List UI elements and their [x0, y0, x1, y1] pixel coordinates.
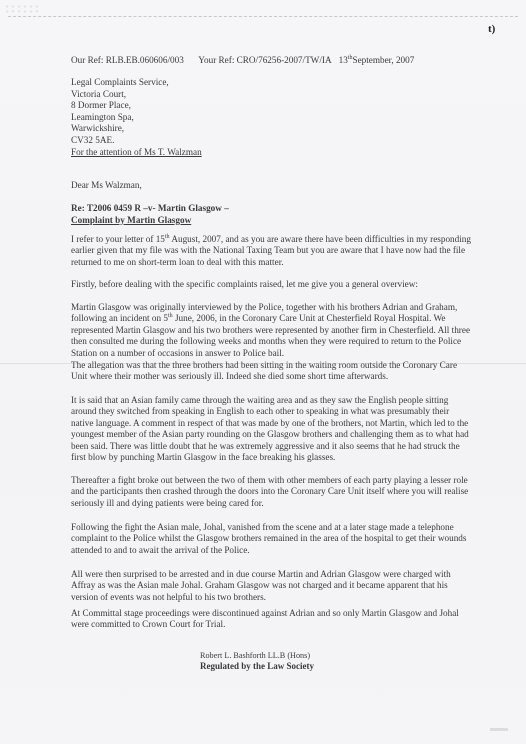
address-line: CV32 5AE.	[71, 135, 202, 147]
body-paragraph: Martin Glasgow was originally interviewe…	[71, 302, 471, 359]
address-line: Victoria Court,	[71, 89, 202, 101]
regulator-line: Regulated by the Law Society	[200, 661, 314, 672]
body-paragraph: It is said that an Asian family came thr…	[71, 395, 471, 463]
scan-artifact	[490, 728, 508, 731]
scan-edge-line	[8, 16, 518, 17]
attention-line: For the attention of Ms T. Walzman	[71, 147, 202, 159]
body-paragraph: I refer to your letter of 15th August, 2…	[71, 234, 471, 268]
address-line: 8 Dormer Place,	[71, 100, 202, 112]
address-line: Warwickshire,	[71, 123, 202, 135]
salutation: Dear Ms Walzman,	[71, 180, 142, 190]
body-paragraph: The allegation was that the three brothe…	[71, 360, 471, 383]
body-paragraph: All were then surprised to be arrested a…	[71, 569, 471, 603]
body-paragraph: Following the fight the Asian male, Joha…	[71, 522, 471, 556]
reference-line: Our Ref: RLB.EB.060606/003 Your Ref: CRO…	[71, 55, 414, 65]
subject-line-1: Re: T2006 0459 R –v- Martin Glasgow –	[71, 203, 229, 215]
your-ref: Your Ref: CRO/76256-2007/TW/IA	[198, 55, 336, 65]
body-paragraph: Thereafter a fight broke out between the…	[71, 475, 471, 509]
body-paragraph: At Committal stage proceedings were disc…	[71, 608, 471, 631]
letter-date: 13th September, 2007	[339, 55, 415, 65]
signature-block: Robert L. Bashforth LL.B (Hons) Regulate…	[200, 650, 314, 672]
subject-heading: Re: T2006 0459 R –v- Martin Glasgow – Co…	[71, 203, 229, 226]
corner-mark: t)	[488, 23, 495, 35]
body-paragraph: Firstly, before dealing with the specifi…	[71, 279, 471, 290]
signatory-name: Robert L. Bashforth LL.B (Hons)	[200, 650, 314, 661]
recipient-address: Legal Complaints Service, Victoria Court…	[71, 77, 202, 158]
our-ref: Our Ref: RLB.EB.060606/003	[71, 55, 196, 65]
scan-artifact	[4, 4, 40, 14]
address-line: Legal Complaints Service,	[71, 77, 202, 89]
letter-page: t) Our Ref: RLB.EB.060606/003 Your Ref: …	[0, 0, 526, 744]
subject-line-2: Complaint by Martin Glasgow	[71, 215, 229, 227]
address-line: Leamington Spa,	[71, 112, 202, 124]
